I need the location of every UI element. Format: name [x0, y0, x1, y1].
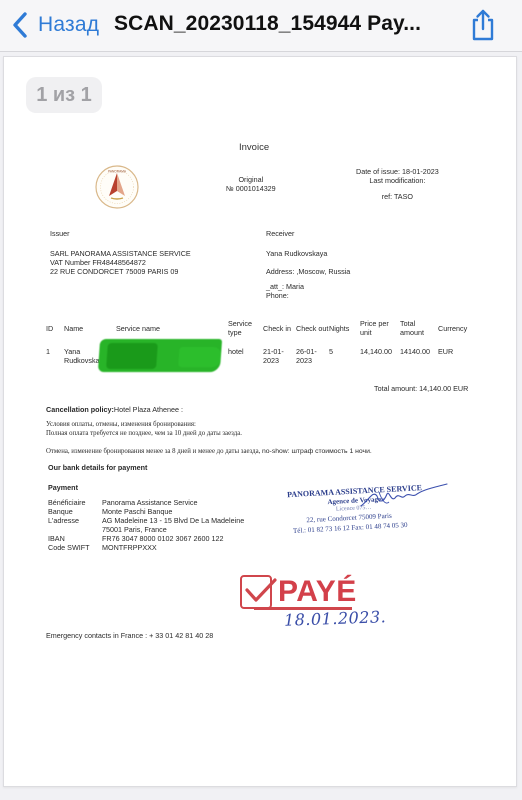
cancellation-policy: Cancellation policy:Hotel Plaza Athenee …: [46, 405, 183, 414]
header-service-type: Service type: [228, 317, 263, 339]
redaction-mark: [98, 339, 222, 372]
receiver-contact: _att_: Maria Phone:: [266, 282, 304, 300]
header-price-per-unit: Price per unit: [360, 317, 400, 339]
cancellation-ru-line1: Условия оплаты, отмены, изменения бронир…: [46, 421, 196, 429]
cancellation-ru-line2: Полная оплата требуется не позднее, чем …: [46, 430, 242, 438]
cell-id: 1: [46, 339, 64, 365]
invoice-title: Invoice: [239, 142, 269, 154]
payment-details: Bénéficiaire Panorama Assistance Service…: [48, 498, 244, 552]
invoice-number-block: Original № 0001014329: [226, 175, 276, 193]
paid-stamp: PAYÉ: [240, 571, 352, 613]
payment-label: Bénéficiaire: [48, 498, 102, 507]
receiver-phone: Phone:: [266, 291, 304, 300]
payment-value: 75001 Paris, France: [102, 525, 244, 534]
payment-label: Code SWIFT: [48, 543, 102, 552]
cell-currency: EUR: [438, 339, 478, 365]
reference: ref: TASO: [356, 192, 439, 201]
share-icon[interactable]: [468, 8, 498, 42]
receiver-heading: Receiver: [266, 229, 294, 238]
header-check-in: Check in: [263, 317, 296, 339]
payment-label: Banque: [48, 507, 102, 516]
paid-date: 18.01.2023.: [284, 607, 387, 631]
cell-total-amount: 14140.00: [400, 339, 438, 365]
cell-price-per-unit: 14,140.00: [360, 339, 400, 365]
header-currency: Currency: [438, 317, 478, 339]
svg-text:PANORAMA: PANORAMA: [108, 170, 127, 174]
page-indicator: 1 из 1: [26, 77, 102, 113]
emergency-contacts: Emergency contacts in France : + 33 01 4…: [46, 631, 213, 640]
payment-label: [48, 525, 102, 534]
header-check-out: Check out: [296, 317, 329, 339]
checkmark-icon: [244, 577, 278, 607]
issuer-address: 22 RUE CONDORCET 75009 PARIS 09: [50, 267, 191, 276]
table-header-row: ID Name Service name Service type Check …: [46, 317, 478, 339]
cancellation-ru-line3b: no-show: штраф стоимость 1 ночи.: [262, 448, 372, 455]
panorama-logo-icon: PANORAMA: [94, 164, 140, 210]
document-page[interactable]: Invoice PANORAMA Original № 0001014329 D…: [3, 56, 517, 787]
receiver-att: _att_: Maria: [266, 282, 304, 291]
last-modification: Last modification:: [356, 176, 439, 185]
header-total-amount: Total amount: [400, 317, 438, 339]
cell-service-type: hotel: [228, 339, 263, 365]
cancellation-ru-line3a: Отмена, изменение бронирования менее за …: [46, 448, 262, 455]
date-of-issue: Date of issue: 18-01-2023: [356, 167, 439, 176]
back-label: Назад: [38, 13, 99, 37]
payment-heading: Payment: [48, 483, 78, 492]
header-id: ID: [46, 317, 64, 339]
dates-block: Date of issue: 18-01-2023 Last modificat…: [356, 167, 439, 201]
issuer-heading: Issuer: [50, 229, 70, 238]
payment-value: FR76 3047 8000 0102 3067 2600 122: [102, 534, 244, 543]
bank-details-heading: Our bank details for payment: [48, 463, 147, 472]
payment-value: Panorama Assistance Service: [102, 498, 244, 507]
original-label: Original: [226, 175, 276, 184]
signature-icon: [359, 482, 449, 512]
receiver-name: Yana Rudkovskaya: [266, 249, 327, 258]
issuer-details: SARL PANORAMA ASSISTANCE SERVICE VAT Num…: [50, 249, 191, 276]
header-nights: Nights: [329, 317, 360, 339]
issuer-vat: VAT Number FR48448564872: [50, 258, 191, 267]
cell-check-out: 26-01-2023: [296, 339, 329, 365]
cell-nights: 5: [329, 339, 360, 365]
back-button[interactable]: Назад: [10, 10, 99, 40]
cell-check-in: 21-01-2023: [263, 339, 296, 365]
receiver-address: Address: ,Moscow, Russia: [266, 267, 350, 276]
navigation-bar: Назад SCAN_20230118_154944 Pay...: [0, 0, 522, 52]
payment-label: L'adresse: [48, 516, 102, 525]
cancellation-label: Cancellation policy:: [46, 405, 114, 414]
invoice-number: № 0001014329: [226, 184, 276, 193]
header-service-name: Service name: [116, 317, 228, 339]
total-amount: Total amount: 14,140.00 EUR: [374, 384, 468, 393]
document-title: SCAN_20230118_154944 Pay...: [114, 12, 421, 36]
invoice-document: Invoice PANORAMA Original № 0001014329 D…: [4, 57, 518, 788]
payment-value: MONTFRPPXXX: [102, 543, 244, 552]
payment-value: AG Madeleine 13 - 15 Blvd De La Madelein…: [102, 516, 244, 525]
issuer-company: SARL PANORAMA ASSISTANCE SERVICE: [50, 249, 191, 258]
cancellation-value: Hotel Plaza Athenee :: [114, 405, 183, 414]
paid-stamp-text: PAYÉ: [278, 573, 357, 611]
header-name: Name: [64, 317, 116, 339]
payment-label: IBAN: [48, 534, 102, 543]
chevron-left-icon: [10, 11, 32, 39]
cancellation-ru-line3: Отмена, изменение бронирования менее за …: [46, 448, 372, 456]
payment-value: Monte Paschi Banque: [102, 507, 244, 516]
